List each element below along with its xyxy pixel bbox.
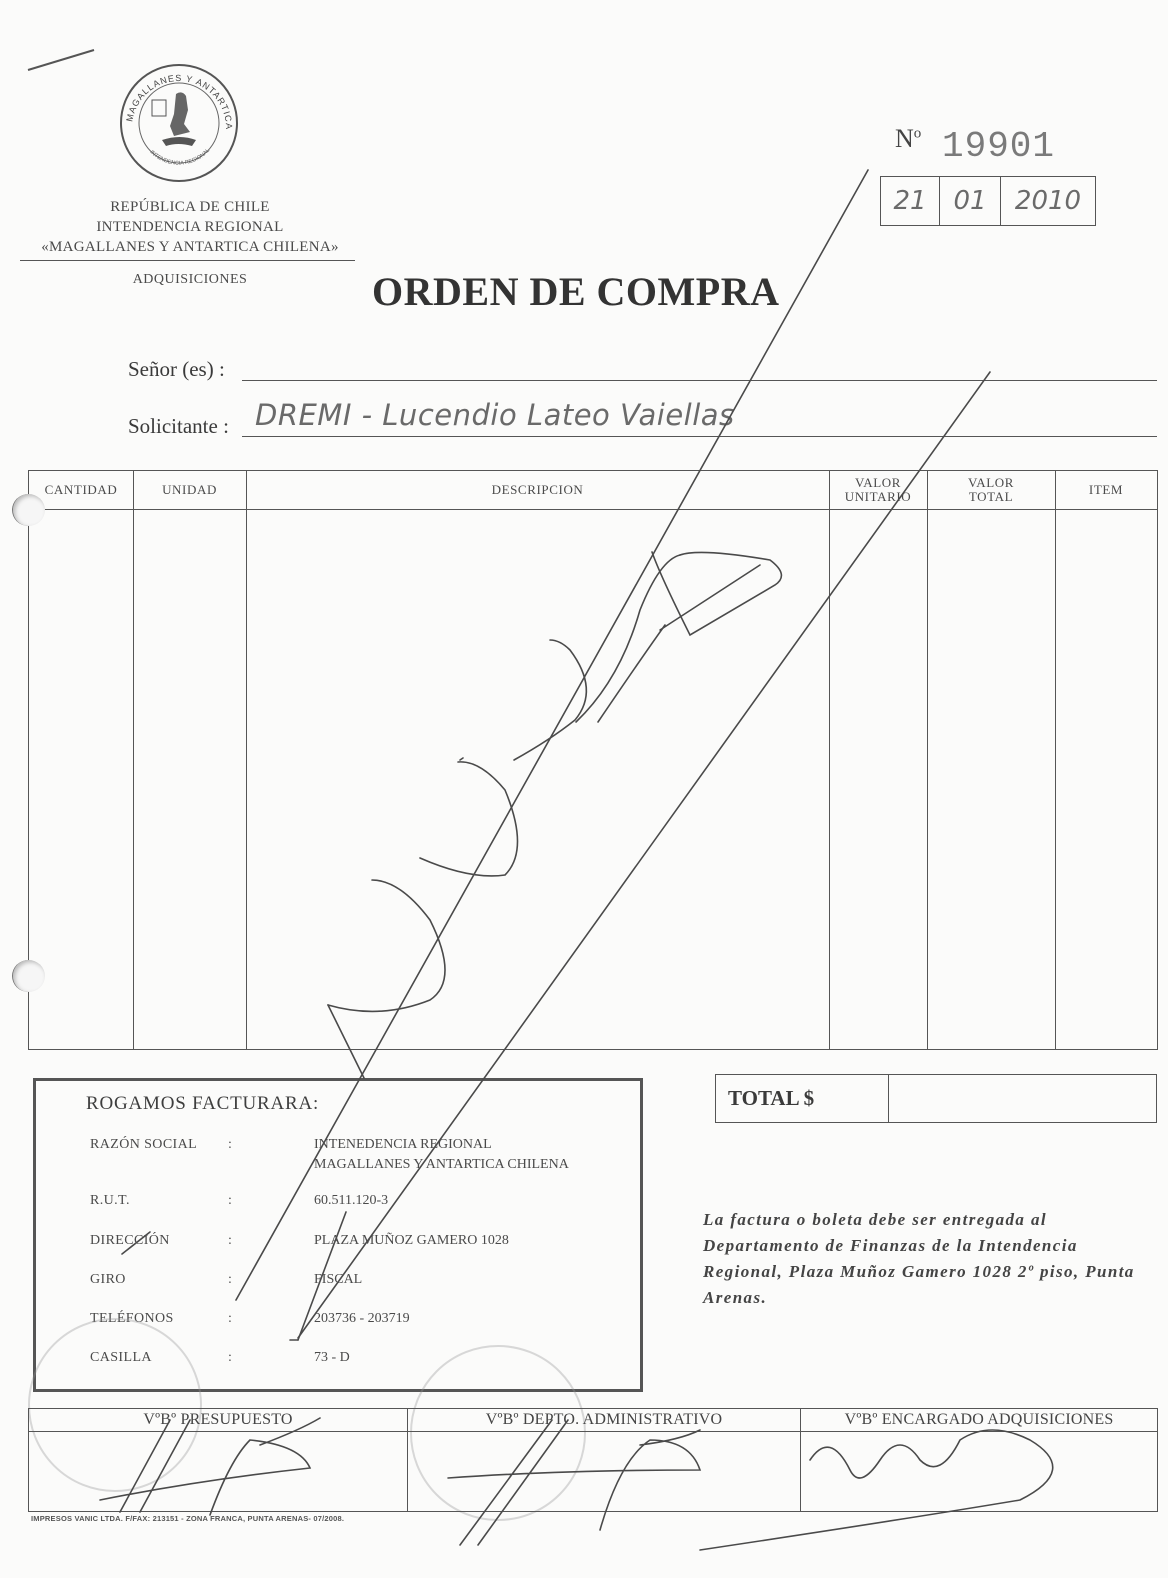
punch-hole (12, 494, 45, 526)
items-table: CANTIDAD UNIDAD DESCRIPCION VALOR UNITAR… (28, 470, 1158, 1050)
header-cantidad: CANTIDAD (29, 471, 133, 509)
col-unidad (133, 471, 247, 1049)
org-line: INTENDENCIA REGIONAL (40, 217, 340, 237)
org-line: «MAGALLANES Y ANTARTICA CHILENA» (40, 237, 340, 257)
total-value[interactable] (889, 1075, 1156, 1122)
svg-text:INTENDENCIA REGIONAL: INTENDENCIA REGIONAL (149, 148, 212, 167)
organization-name: REPÚBLICA DE CHILE INTENDENCIA REGIONAL … (40, 197, 340, 257)
signature-depto-administrativo[interactable]: VºBº DEPTO. ADMINISTRATIVO (408, 1409, 801, 1511)
col-valor-unitario (829, 471, 928, 1049)
billing-direccion: PLAZA MUÑOZ GAMERO 1028 (314, 1231, 509, 1251)
billing-rut: 60.511.120-3 (314, 1191, 388, 1211)
signature-encargado-adquisiciones[interactable]: VºBº ENCARGADO ADQUISICIONES (801, 1409, 1157, 1511)
signature-label: VºBº ENCARGADO ADQUISICIONES (801, 1409, 1157, 1432)
signature-presupuesto[interactable]: VºBº PRESUPUESTO (29, 1409, 408, 1511)
signature-label: VºBº PRESUPUESTO (29, 1409, 407, 1432)
billing-casilla: 73 - D (314, 1348, 350, 1368)
invoice-delivery-notice: La factura o boleta debe ser entregada a… (703, 1207, 1153, 1311)
department-label: ADQUISICIONES (40, 272, 340, 288)
order-date: 21 01 2010 (880, 176, 1096, 226)
approval-signatures: VºBº PRESUPUESTO VºBº DEPTO. ADMINISTRAT… (28, 1408, 1158, 1512)
date-month[interactable]: 01 (940, 177, 1001, 225)
billing-razon-social: INTENEDENCIA REGIONAL MAGALLANES Y ANTAR… (314, 1135, 569, 1175)
total-box: TOTAL $ (715, 1074, 1157, 1123)
billing-label: R.U.T. (90, 1193, 130, 1209)
col-cantidad (29, 471, 134, 1049)
header-item: ITEM (1055, 471, 1157, 509)
billing-giro: FISCAL (314, 1270, 362, 1290)
order-number: 19901 (942, 126, 1055, 167)
billing-label: RAZÓN SOCIAL (90, 1137, 197, 1153)
order-number-label: No (895, 124, 921, 154)
header-unidad: UNIDAD (133, 471, 246, 509)
col-valor-total (927, 471, 1056, 1049)
header-descripcion: DESCRIPCION (246, 471, 829, 509)
senor-field[interactable] (242, 380, 1157, 381)
total-label: TOTAL $ (716, 1075, 889, 1122)
punch-hole (12, 960, 45, 992)
solicitante-value[interactable]: DREMI - Lucendio Lateo Vaiellas (255, 398, 735, 432)
header-valor-unitario: VALOR UNITARIO (829, 471, 927, 509)
header-rule (29, 509, 1157, 510)
printer-footer: IMPRESOS VANIC LTDA. F/FAX: 213151 - ZON… (31, 1514, 344, 1523)
billing-title: ROGAMOS FACTURARA: (86, 1093, 319, 1115)
signature-label: VºBº DEPTO. ADMINISTRATIVO (408, 1409, 800, 1432)
solicitante-label: Solicitante : (128, 414, 229, 439)
date-day[interactable]: 21 (881, 177, 940, 225)
header-valor-total: VALOR TOTAL (927, 471, 1055, 509)
pen-mark (24, 44, 99, 74)
date-year[interactable]: 2010 (1001, 177, 1095, 225)
col-descripcion (246, 471, 830, 1049)
solicitante-field (242, 436, 1157, 437)
org-line: REPÚBLICA DE CHILE (40, 197, 340, 217)
billing-label: GIRO (90, 1272, 126, 1288)
senor-label: Señor (es) : (128, 357, 225, 382)
header-divider (20, 260, 355, 261)
document-title: ORDEN DE COMPRA (372, 268, 779, 315)
billing-telefonos: 203736 - 203719 (314, 1309, 410, 1329)
intendencia-seal-icon: MAGALLANES Y ANTARTICA CHILENA INTENDENC… (118, 62, 240, 184)
billing-label: DIRECCIÓN (90, 1233, 170, 1249)
